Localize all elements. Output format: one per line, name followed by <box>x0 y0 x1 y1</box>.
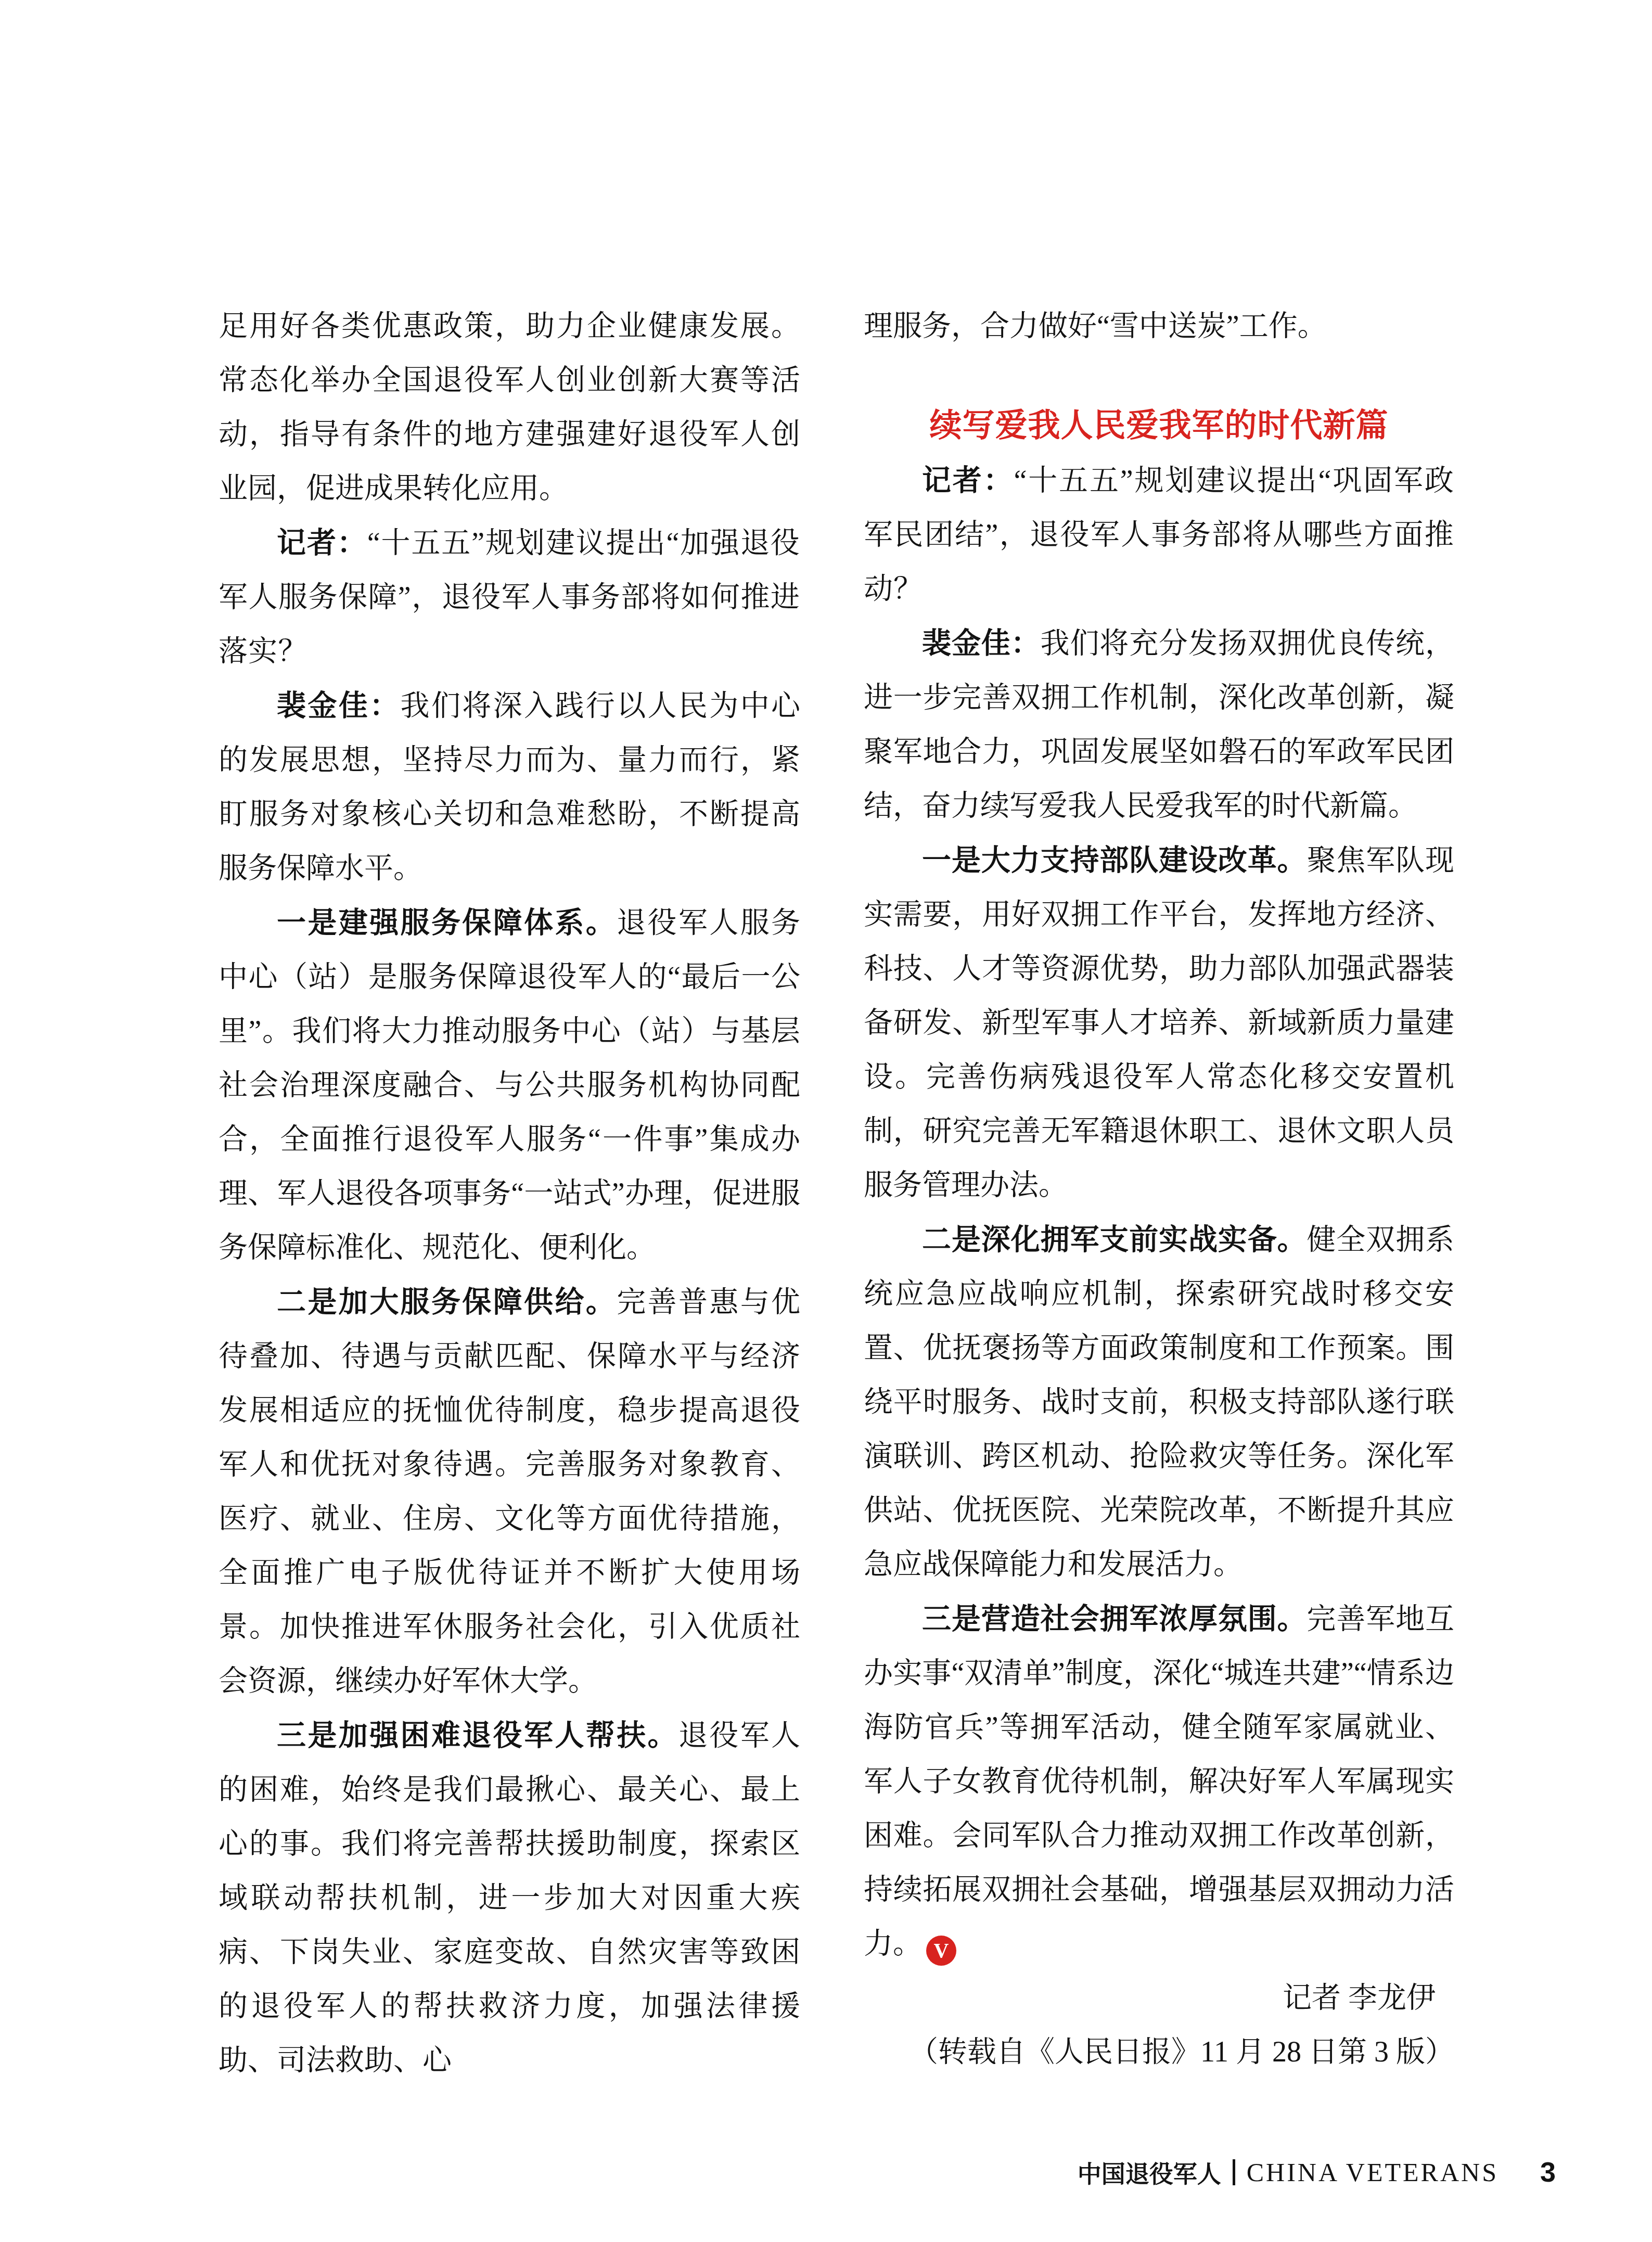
reporter-label: 记者： <box>277 526 367 559</box>
right-column: 理服务，合力做好“雪中送炭”工作。 续写爱我人民爱我军的时代新篇 记者：“十五五… <box>864 299 1454 2079</box>
speaker-label: 裴金佳： <box>922 626 1041 659</box>
end-mark-icon: V <box>926 1936 956 1966</box>
continuation-paragraph: 理服务，合力做好“雪中送炭”工作。 <box>864 299 1454 353</box>
point-lead: 一是大力支持部队建设改革。 <box>922 843 1307 876</box>
magazine-page: { "left": { "paragraphs": [ { "lead": ""… <box>0 0 1652 2242</box>
footer-magazine-title-en: CHINA VETERANS <box>1247 2157 1499 2187</box>
point-paragraph-2: 二是加大服务保障供给。完善普惠与优待叠加、待遇与贡献匹配、保障水平与经济发展相适… <box>219 1275 800 1708</box>
footer-magazine-title-cn: 中国退役军人 <box>1078 2155 1221 2189</box>
reporter-question: 记者：“十五五”规划建议提出“巩固军政军民团结”，退役军人事务部将从哪些方面推动… <box>864 453 1454 616</box>
paragraph-text: 理服务，合力做好“雪中送炭”工作。 <box>864 310 1327 342</box>
point-paragraph-3: 三是加强困难退役军人帮扶。退役军人的困难，始终是我们最揪心、最关心、最上心的事。… <box>219 1708 800 2087</box>
point-text: 完善普惠与优待叠加、待遇与贡献匹配、保障水平与经济发展相适应的抚恤优待制度，稳步… <box>219 1286 800 1697</box>
footer-divider <box>1233 2159 1235 2185</box>
continuation-paragraph: 足用好各类优惠政策，助力企业健康发展。常态化举办全国退役军人创业创新大赛等活动，… <box>219 299 800 516</box>
point-lead: 二是深化拥军支前实战实备。 <box>922 1223 1307 1255</box>
paragraph-text: 足用好各类优惠政策，助力企业健康发展。常态化举办全国退役军人创业创新大赛等活动，… <box>219 310 800 505</box>
point-lead: 一是建强服务保障体系。 <box>277 906 617 939</box>
point-lead: 二是加大服务保障供给。 <box>277 1285 617 1318</box>
reporter-question: 记者：“十五五”规划建议提出“加强退役军人服务保障”，退役军人事务部将如何推进落… <box>219 516 800 678</box>
reporter-label: 记者： <box>922 464 1014 496</box>
point-text: 完善军地互办实事“双清单”制度，深化“城连共建”“情系边海防官兵”等拥军活动，健… <box>864 1603 1454 1960</box>
source-citation: （转载自《人民日报》11 月 28 日第 3 版） <box>864 2025 1454 2079</box>
point-paragraph-2: 二是深化拥军支前实战实备。健全双拥系统应急应战响应机制，探索研究战时移交安置、优… <box>864 1212 1454 1592</box>
left-column: 足用好各类优惠政策，助力企业健康发展。常态化举办全国退役军人创业创新大赛等活动，… <box>219 299 800 2087</box>
point-paragraph-1: 一是建强服务保障体系。退役军人服务中心（站）是服务保障退役军人的“最后一公里”。… <box>219 895 800 1275</box>
point-paragraph-1: 一是大力支持部队建设改革。聚焦军队现实需要，用好双拥工作平台，发挥地方经济、科技… <box>864 833 1454 1212</box>
point-text: 聚焦军队现实需要，用好双拥工作平台，发挥地方经济、科技、人才等资源优势，助力部队… <box>864 844 1454 1201</box>
point-lead: 三是加强困难退役军人帮扶。 <box>277 1719 678 1751</box>
answer-paragraph: 裴金佳：我们将充分发扬双拥优良传统，进一步完善双拥工作机制，深化改革创新，凝聚军… <box>864 616 1454 833</box>
point-lead: 三是营造社会拥军浓厚氛围。 <box>922 1602 1307 1635</box>
footer-page-number: 3 <box>1540 2156 1556 2188</box>
speaker-label: 裴金佳： <box>277 689 401 722</box>
byline: 记者 李龙伊 <box>864 1971 1454 2025</box>
page-footer: 中国退役军人 CHINA VETERANS 3 <box>1078 2155 1556 2189</box>
point-paragraph-3: 三是营造社会拥军浓厚氛围。完善军地互办实事“双清单”制度，深化“城连共建”“情系… <box>864 1592 1454 1971</box>
point-text: 健全双拥系统应急应战响应机制，探索研究战时移交安置、优抚褒扬等方面政策制度和工作… <box>864 1224 1454 1581</box>
section-heading: 续写爱我人民爱我军的时代新篇 <box>864 399 1454 453</box>
point-text: 退役军人服务中心（站）是服务保障退役军人的“最后一公里”。我们将大力推动服务中心… <box>219 907 800 1264</box>
point-text: 退役军人的困难，始终是我们最揪心、最关心、最上心的事。我们将完善帮扶援助制度，探… <box>219 1720 800 2077</box>
answer-paragraph: 裴金佳：我们将深入践行以人民为中心的发展思想，坚持尽力而为、量力而行，紧盯服务对… <box>219 678 800 895</box>
